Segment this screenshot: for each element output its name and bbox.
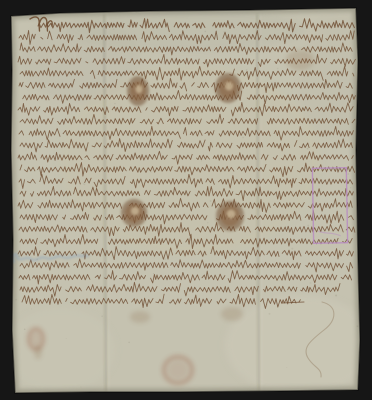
faint-stain bbox=[130, 311, 150, 323]
photo-background bbox=[0, 0, 372, 400]
ink-stain bbox=[127, 76, 149, 106]
manuscript-photo bbox=[0, 0, 372, 400]
ink-stain bbox=[216, 201, 244, 231]
faint-stain bbox=[286, 50, 314, 70]
faint-stain bbox=[34, 345, 42, 359]
ink-stain bbox=[121, 199, 147, 227]
faint-stain bbox=[221, 307, 243, 321]
ink-stain bbox=[215, 73, 241, 103]
